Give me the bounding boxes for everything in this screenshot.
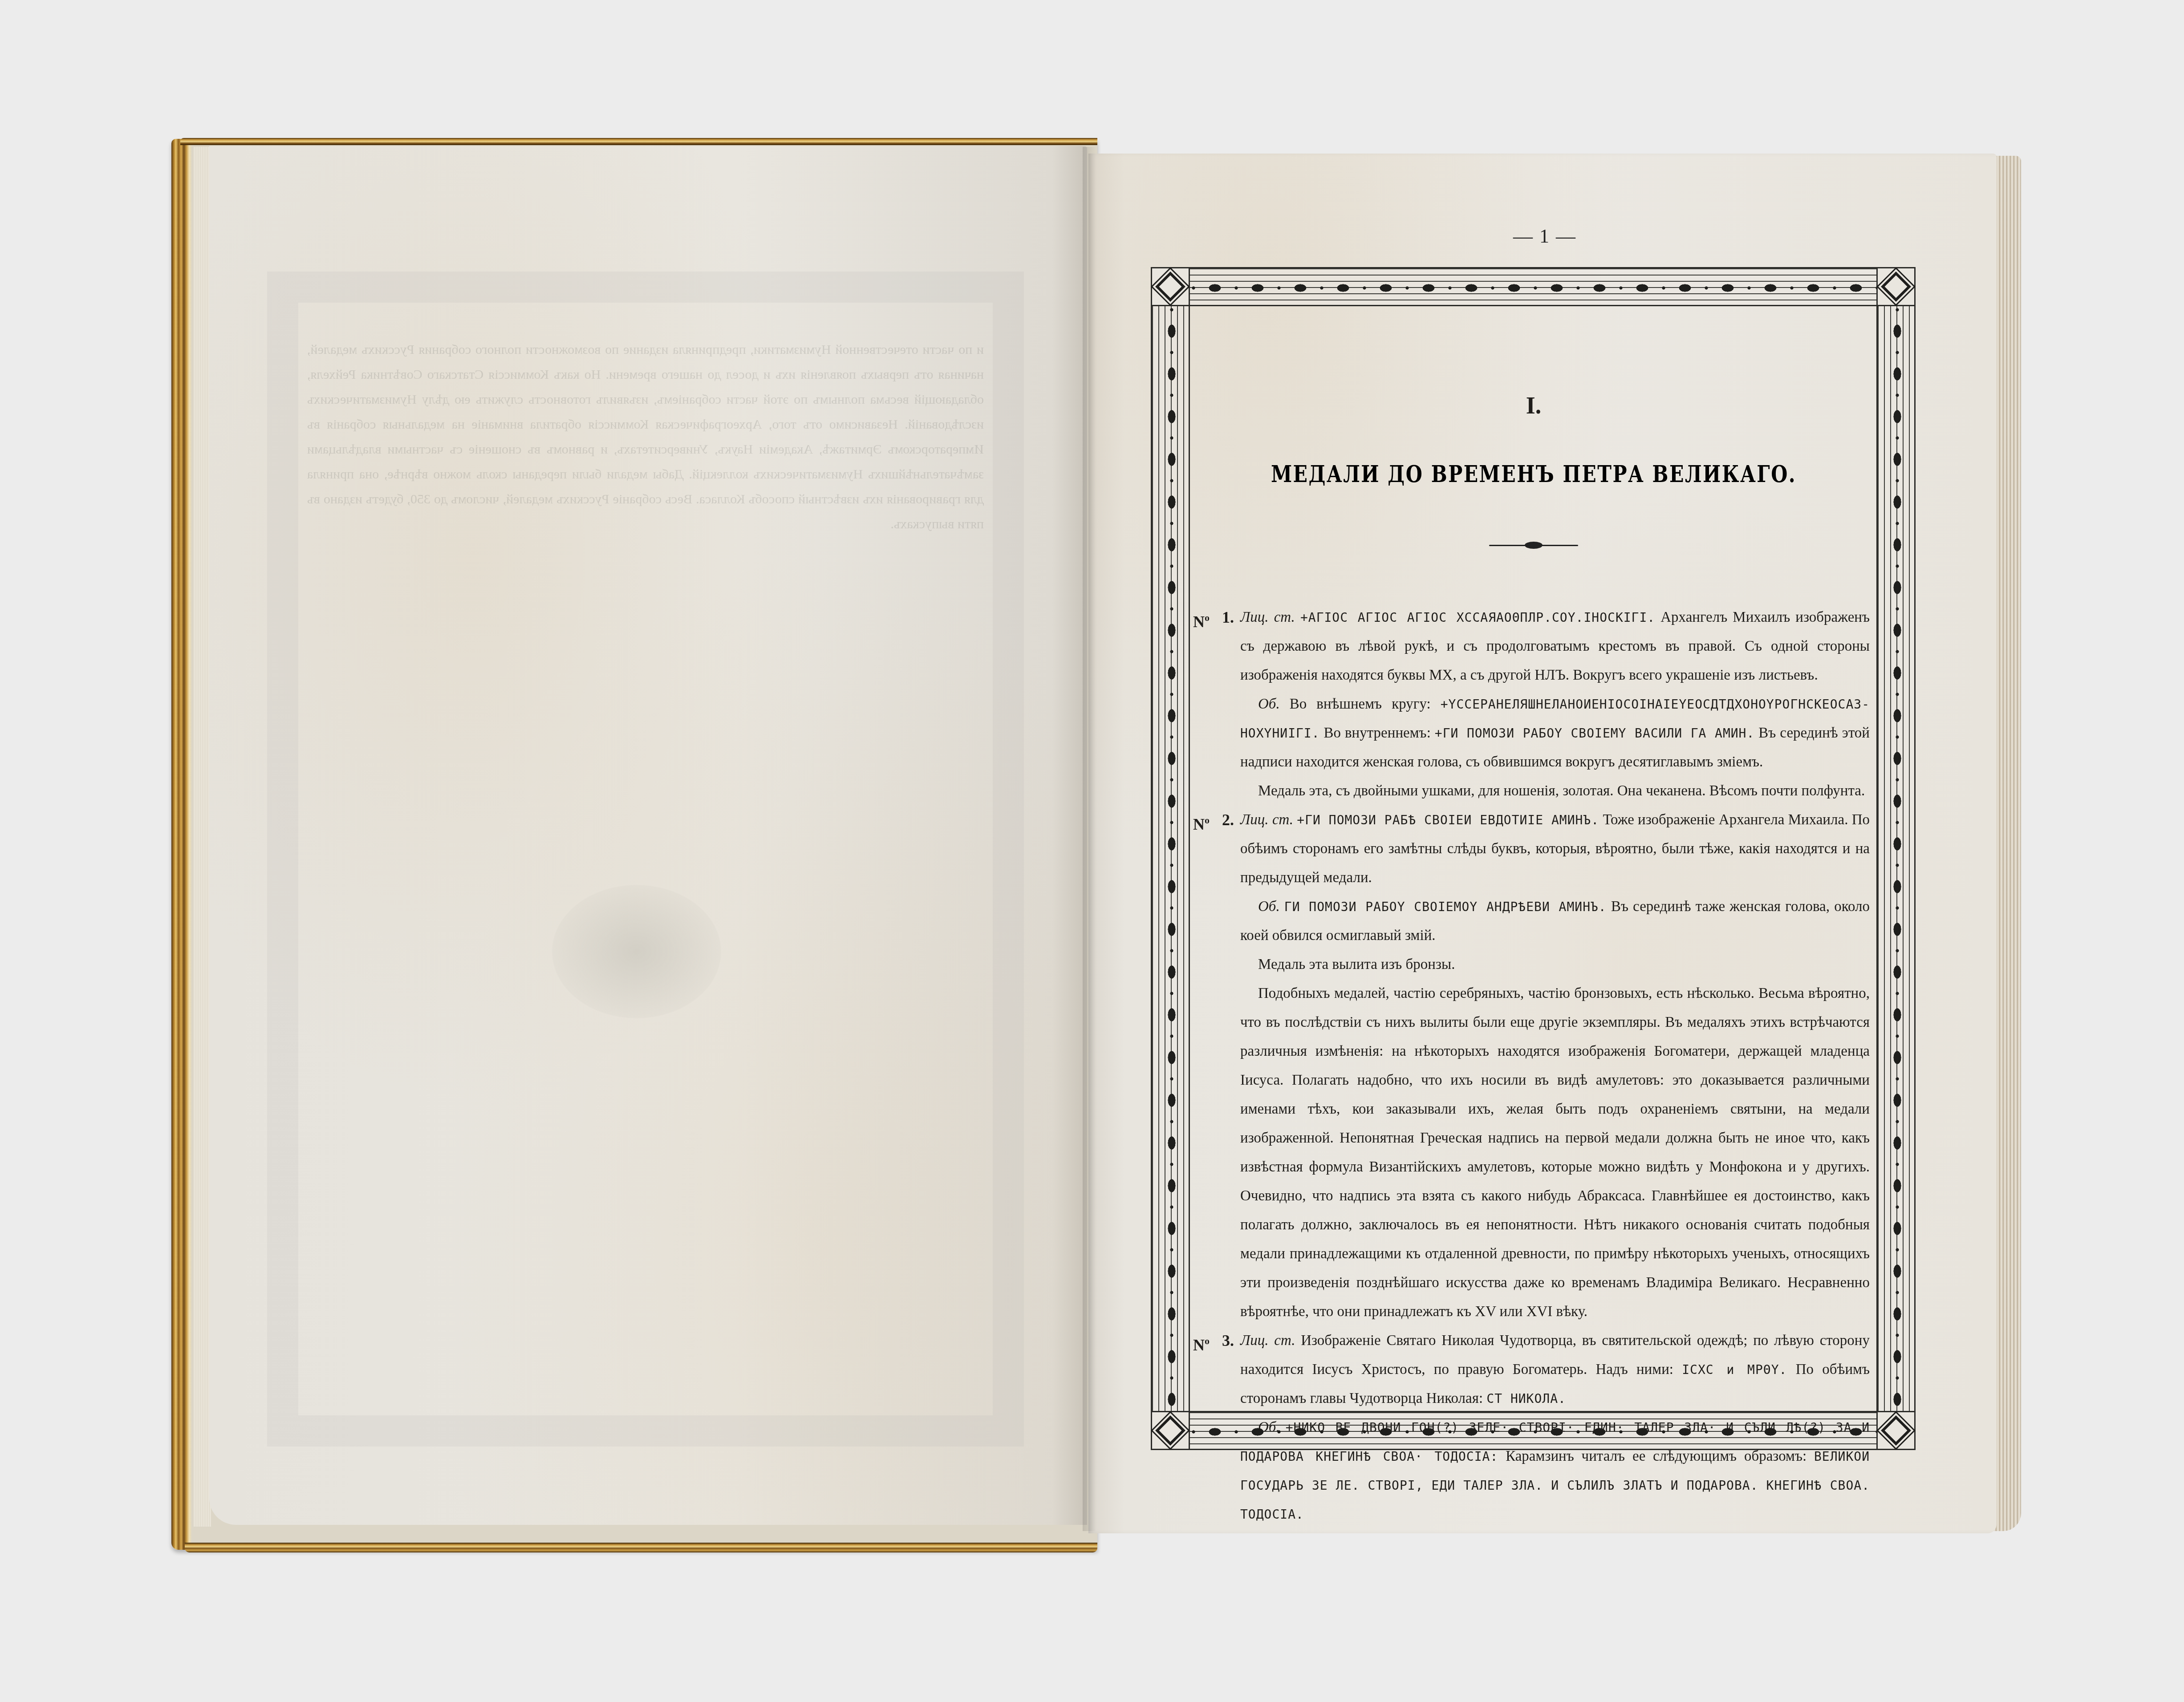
fleuron-divider-icon bbox=[1489, 541, 1578, 550]
entry-note: Медаль эта, съ двойными ушками, для ноше… bbox=[1240, 777, 1870, 806]
entry-number: 1. bbox=[1222, 603, 1234, 632]
entry-number: 2. bbox=[1222, 806, 1234, 835]
reverse-label: Об. bbox=[1258, 899, 1280, 915]
obverse-inscription: +АГІОС АГІОС АГІОС ХССАЯАОΘПЛР.СОΥ.ІНОСК… bbox=[1300, 610, 1655, 625]
corner-rosette-icon bbox=[1876, 267, 1916, 306]
bleed-through-text: и по части отечественной Нумизматики, пр… bbox=[307, 337, 984, 537]
obverse-inscription: СТ НИКОЛА. bbox=[1486, 1391, 1566, 1406]
entry-number: 3. bbox=[1222, 1326, 1234, 1355]
corner-rosette-icon bbox=[1876, 1411, 1916, 1450]
obverse-inscription: ІСХС и МРΘΥ. bbox=[1682, 1362, 1787, 1377]
section-numeral: I. bbox=[1198, 392, 1870, 419]
left-page-verso[interactable]: и по части отечественной Нумизматики, пр… bbox=[209, 146, 1087, 1525]
entry-number-sign: No bbox=[1193, 603, 1210, 636]
obverse-label: Лиц. ст. bbox=[1240, 1333, 1295, 1349]
border-right bbox=[1876, 267, 1916, 1450]
reverse-inscription: ГИ ПОМОЗИ РАБОΥ СВОІЕМОΥ АНДРѢЕВИ АМИНЪ. bbox=[1284, 900, 1607, 914]
entry-note: Медаль эта вылита изъ бронзы. bbox=[1240, 950, 1870, 979]
reverse-text: Карамзинъ читалъ ее слѣдующимъ образомъ: bbox=[1506, 1448, 1806, 1464]
reverse-text: Во внутреннемъ: bbox=[1324, 725, 1431, 741]
obverse-inscription: +ГИ ПОМОЗИ РАБѢ СВОІЕИ ЕВДОТИІЕ АМИНЪ. bbox=[1297, 813, 1599, 827]
reverse-inscription: +ГИ ПОМОЗИ РАБОΥ СВОІЕМΥ ВАСИЛИ ГА АМИН. bbox=[1435, 726, 1755, 741]
page-stack-left bbox=[194, 147, 211, 1527]
border-top bbox=[1151, 267, 1916, 306]
chapter-heading-wrap: МЕДАЛИ ДО ВРЕМЕНЪ ПЕТРА ВЕЛИКАГО. bbox=[1198, 461, 1870, 488]
gutter bbox=[1083, 147, 1096, 1531]
reverse-label: Об. bbox=[1258, 1419, 1280, 1435]
catalogue-entry-1: No 1. Лиц. ст. +АГІОС АГІОС АГІОС ХССАЯА… bbox=[1198, 603, 1870, 806]
corner-rosette-icon bbox=[1151, 1411, 1190, 1450]
chapter-heading: МЕДАЛИ ДО ВРЕМЕНЪ ПЕТРА ВЕЛИКАГО. bbox=[1258, 461, 1809, 488]
catalogue-text: No 1. Лиц. ст. +АГІОС АГІОС АГІОС ХССАЯА… bbox=[1198, 603, 1870, 1529]
reverse-text: Во внѣшнемъ кругу: bbox=[1290, 696, 1431, 712]
entry-commentary: Подобныхъ медалей, частію серебряныхъ, ч… bbox=[1240, 979, 1870, 1326]
entry-number-sign: No bbox=[1193, 806, 1210, 839]
bleed-through-medal-image bbox=[552, 885, 721, 1018]
entry-number-sign: No bbox=[1193, 1326, 1210, 1360]
catalogue-entry-2: No 2. Лиц. ст. +ГИ ПОМОЗИ РАБѢ СВОІЕИ ЕВ… bbox=[1198, 806, 1870, 1326]
corner-rosette-icon bbox=[1151, 267, 1190, 306]
reverse-label: Об. bbox=[1258, 696, 1280, 712]
page-number: — 1 — bbox=[1500, 225, 1589, 247]
obverse-label: Лиц. ст. bbox=[1240, 609, 1295, 625]
catalogue-entry-3: No 3. Лиц. ст. Изображеніе Святаго Никол… bbox=[1198, 1326, 1870, 1529]
border-left bbox=[1151, 267, 1190, 1450]
obverse-label: Лиц. ст. bbox=[1240, 812, 1293, 828]
